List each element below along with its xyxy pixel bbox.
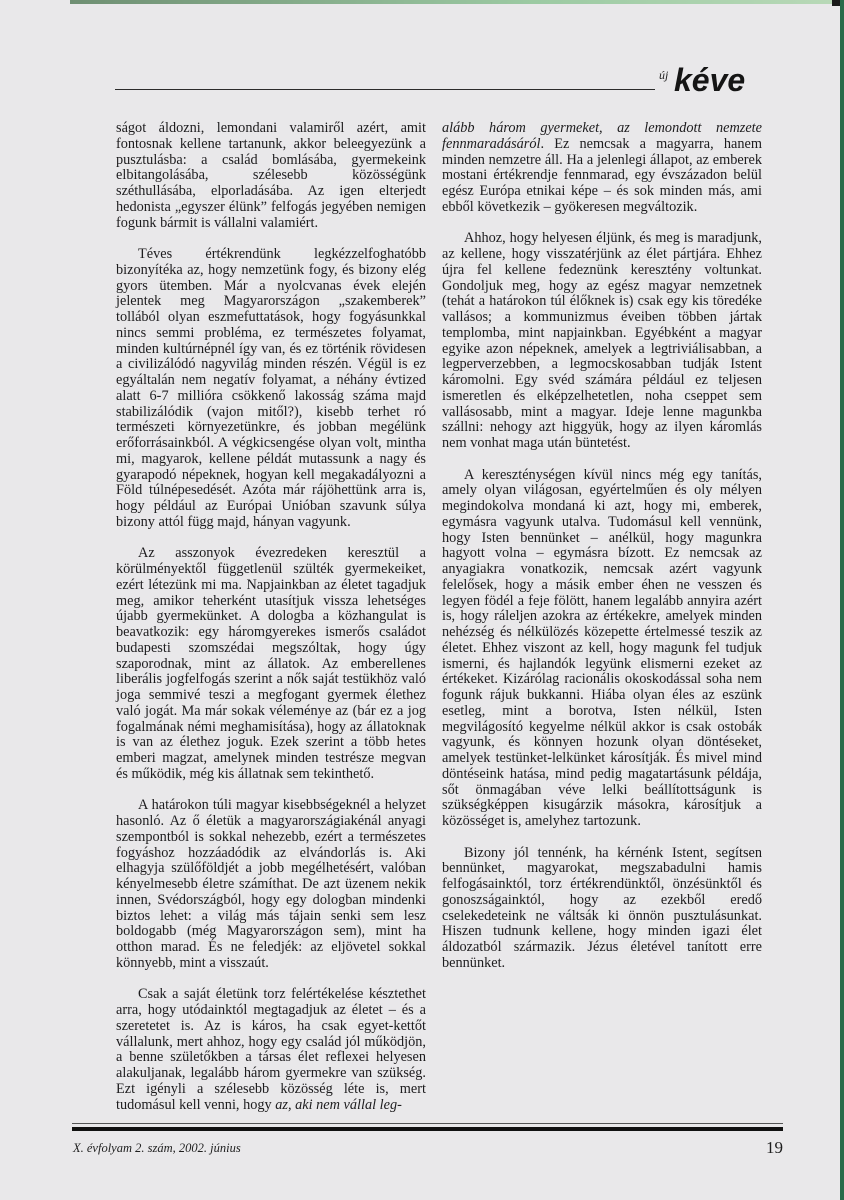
article-column-left: ságot áldozni, lemondani valamiről azért… — [116, 121, 426, 1113]
paragraph-text: Csak a saját életünk torz felértékelése … — [116, 986, 426, 1112]
paragraph: Téves értékrendünk legkézzelfoghatóbb bi… — [116, 247, 426, 531]
paragraph: A határokon túli magyar kisebbségeknél a… — [116, 798, 426, 971]
footer-rule-thick — [72, 1127, 783, 1131]
issue-info: X. évfolyam 2. szám, 2002. június — [73, 1141, 241, 1156]
italic-quote: az, aki nem vállal leg- — [275, 1097, 402, 1113]
paragraph-with-italic-tail: Csak a saját életünk torz felértékelése … — [116, 987, 426, 1113]
paragraph-with-italic-head: alább három gyermeket, az lemondott nemz… — [442, 121, 762, 216]
paragraph: Ahhoz, hogy helyesen éljünk, és meg is m… — [442, 231, 762, 452]
page-top-edge — [70, 0, 844, 4]
paragraph: Az asszonyok évezredeken keresztül a kör… — [116, 546, 426, 782]
page-number: 19 — [766, 1138, 783, 1158]
logo-prefix: új — [659, 68, 668, 83]
paragraph: Bizony jól tennénk, ha kérnénk Istent, s… — [442, 846, 762, 972]
header-rule — [115, 89, 655, 90]
logo-title: kéve — [674, 62, 745, 99]
paragraph: A kereszténységen kívül nincs még egy ta… — [442, 468, 762, 830]
paragraph: ságot áldozni, lemondani valamiről azért… — [116, 121, 426, 231]
footer-rule-thin — [72, 1123, 783, 1124]
page-right-edge — [840, 0, 844, 1200]
article-column-right: alább három gyermeket, az lemondott nemz… — [442, 121, 762, 972]
